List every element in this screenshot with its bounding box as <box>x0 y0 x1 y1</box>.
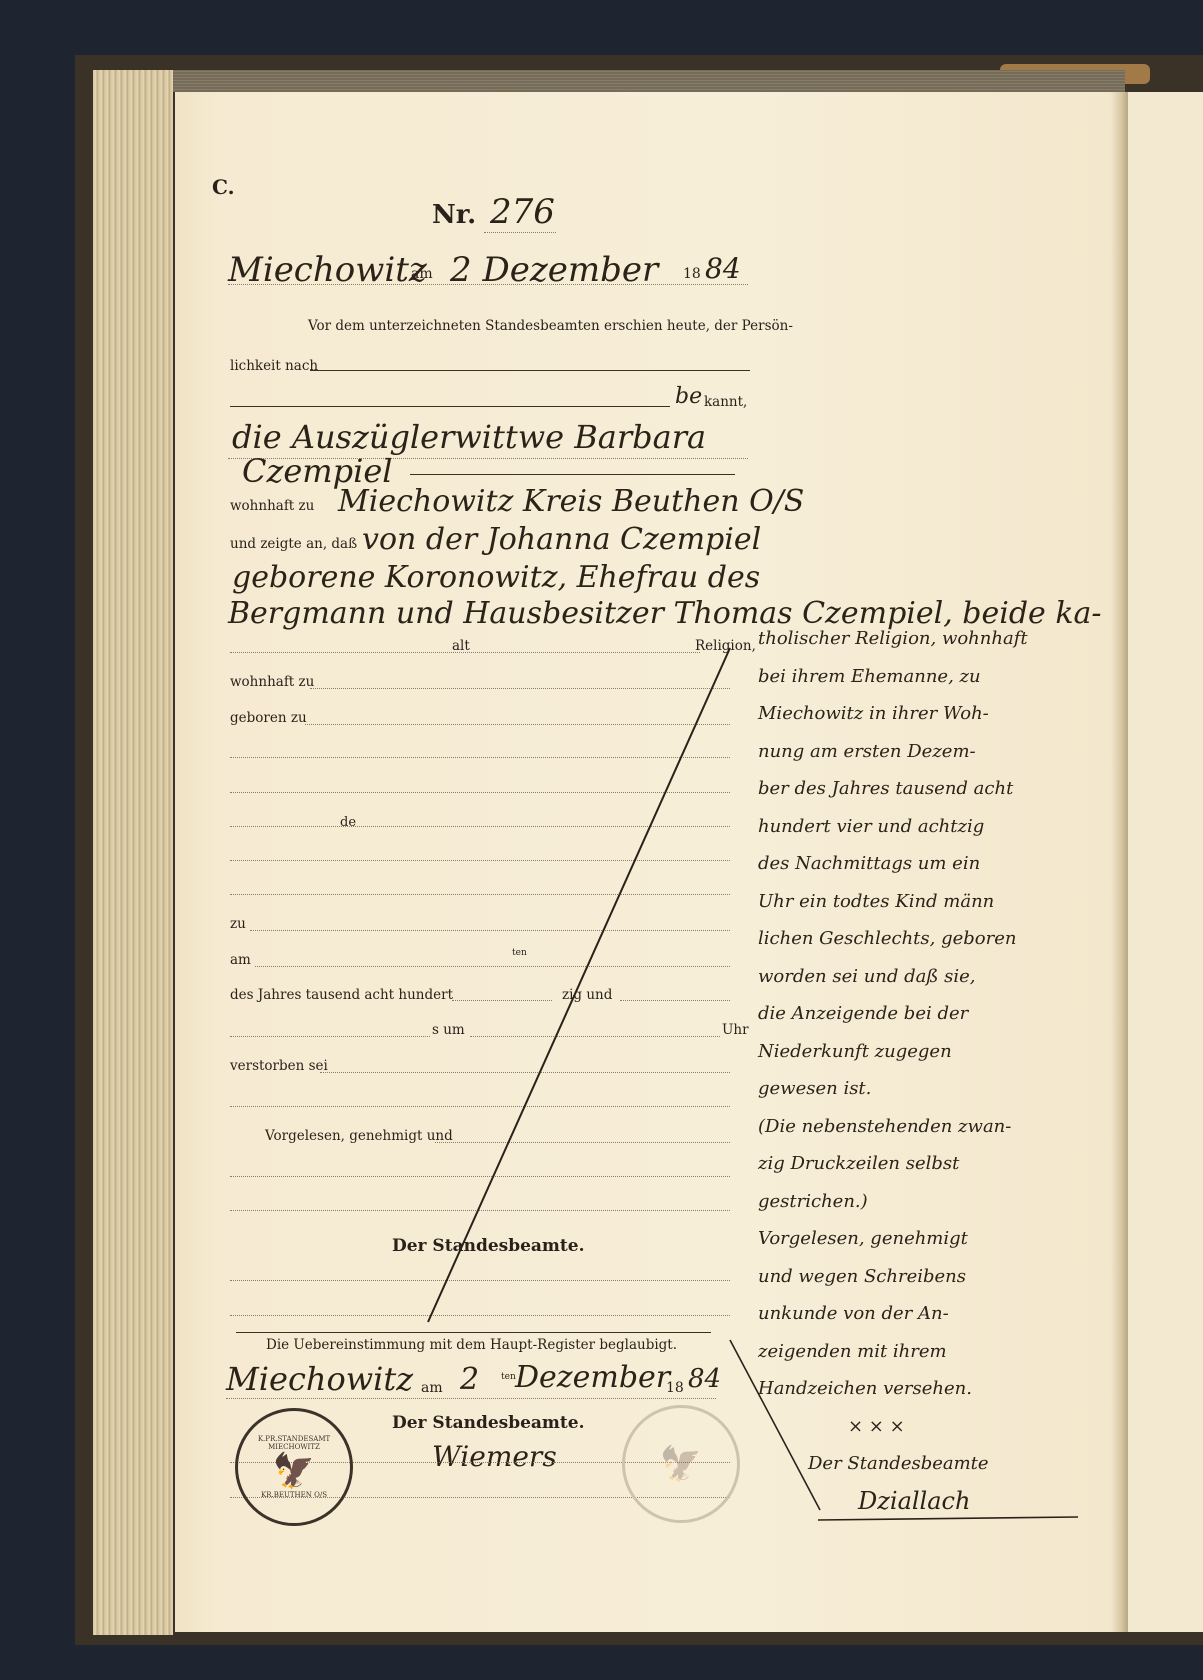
cert-signature: Wiemers <box>432 1440 557 1473</box>
cert-day: 2 <box>460 1362 479 1397</box>
cert-officer-label: Der Standesbeamte. <box>392 1413 585 1433</box>
marginal-line: ber des Jahres tausend acht <box>758 770 1118 808</box>
cert-date-line <box>226 1398 716 1399</box>
stamp-text-bottom: KR.BEUTHEN O/S <box>238 1491 350 1499</box>
marginal-line: (Die nebenstehenden zwan- <box>758 1108 1118 1146</box>
certification-rule <box>236 1332 711 1333</box>
marginal-line: Handzeichen versehen. <box>758 1370 1118 1408</box>
cert-month: Dezember <box>515 1360 670 1395</box>
cert-ten: ten <box>501 1372 516 1382</box>
cert-year-printed: 18 <box>666 1380 684 1396</box>
marginal-line: die Anzeigende bei der <box>758 995 1118 1033</box>
marginal-line: gewesen ist. <box>758 1070 1118 1108</box>
marginal-line: hundert vier und achtzig <box>758 808 1118 846</box>
marginal-officer-label: Der Standesbeamte <box>758 1445 1118 1483</box>
marginal-line: des Nachmittags um ein <box>758 845 1118 883</box>
eagle-icon: 🦅 <box>238 1451 350 1491</box>
marginal-officer-signature: Dziallach <box>758 1483 1118 1521</box>
marginal-line: zeigenden mit ihrem <box>758 1333 1118 1371</box>
eagle-icon: 🦅 <box>660 1444 702 1484</box>
mark-crosses: × × × <box>758 1408 1118 1446</box>
marginal-line: zig Druckzeilen selbst <box>758 1145 1118 1183</box>
cert-year-written: 84 <box>688 1364 721 1394</box>
marginal-entry: tholischer Religion, wohnhaft bei ihrem … <box>758 620 1118 1520</box>
marginal-line: gestrichen.) <box>758 1183 1118 1221</box>
marginal-line: lichen Geschlechts, geboren <box>758 920 1118 958</box>
marginal-line: Niederkunft zugegen <box>758 1033 1118 1071</box>
marginal-line: Vorgelesen, genehmigt <box>758 1220 1118 1258</box>
faded-stamp-impression: 🦅 <box>622 1405 740 1523</box>
marginal-line: bei ihrem Ehemanne, zu <box>758 658 1118 696</box>
marginal-line: nung am ersten Dezem- <box>758 733 1118 771</box>
stamp-text-top: K.PR.STANDESAMT MIECHOWITZ <box>238 1435 350 1451</box>
marginal-line: worden sei und daß sie, <box>758 958 1118 996</box>
cert-date-prefix: am <box>421 1380 443 1396</box>
marginal-line: tholischer Religion, wohnhaft <box>758 620 1118 658</box>
cert-place: Miechowitz <box>226 1360 413 1398</box>
marginal-line: Miechowitz in ihrer Woh- <box>758 695 1118 733</box>
certification-statement: Die Uebereinstimmung mit dem Haupt-Regis… <box>266 1337 677 1353</box>
office-stamp: K.PR.STANDESAMT MIECHOWITZ 🦅 KR.BEUTHEN … <box>235 1408 353 1526</box>
marginal-line: unkunde von der An- <box>758 1295 1118 1333</box>
marginal-line: und wegen Schreibens <box>758 1258 1118 1296</box>
marginal-line: Uhr ein todtes Kind männ <box>758 883 1118 921</box>
